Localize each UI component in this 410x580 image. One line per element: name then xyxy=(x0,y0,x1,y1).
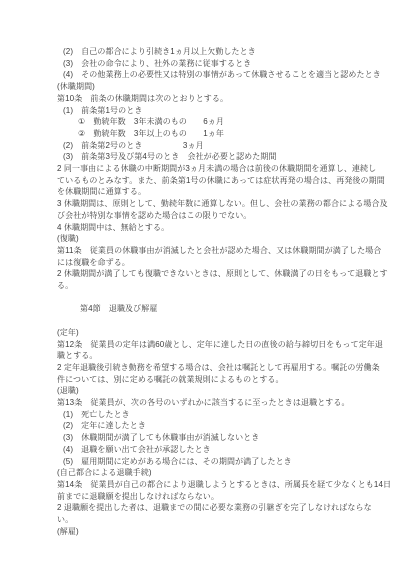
document-line: 4 休職期間中は、無給とする。 xyxy=(57,222,387,234)
document-body: (2) 自己の都合により引続き1ヵ月以上欠勤したとき(3) 会社の命令により、社… xyxy=(57,46,387,538)
document-line: 2 退職願を提出した者は、退職までの間に必要な業務の引継ぎを完了しなければならな xyxy=(57,502,387,514)
document-line: 第14条 従業員が自己の都合により退職しようとするときは、所属長を経て少なくとも… xyxy=(57,479,387,491)
document-line: (自己都合による退職手続) xyxy=(57,467,387,479)
document-line: には復職を命ずる。 xyxy=(57,257,387,269)
document-line: 職とする。 xyxy=(57,350,387,362)
blank-line xyxy=(57,315,387,327)
document-page: (2) 自己の都合により引続き1ヵ月以上欠勤したとき(3) 会社の命令により、社… xyxy=(0,0,410,580)
document-line: (5) 雇用期間に定めがある場合には、その期間が満了したとき xyxy=(57,456,387,468)
document-line: 2 定年退職後引続き勤務を希望する場合は、会社は嘱託として再雇用する。嘱託の労働… xyxy=(57,362,387,374)
document-line: (2) 自己の都合により引続き1ヵ月以上欠勤したとき xyxy=(57,46,387,58)
document-line: (復職) xyxy=(57,233,387,245)
document-line: る。 xyxy=(57,280,387,292)
document-line: 第13条 従業員が、次の各号のいずれかに該当するに至ったときは退職とする。 xyxy=(57,397,387,409)
document-line: 第11条 従業員の休職事由が消滅したと会社が認めた場合、又は休職期間が満了した場… xyxy=(57,245,387,257)
document-line: (4) 退職を願い出て会社が承認したとき xyxy=(57,444,387,456)
document-line: (定年) xyxy=(57,327,387,339)
document-line: い。 xyxy=(57,514,387,526)
document-line: ② 勤続年数 3年以上のもの 1ヵ年 xyxy=(57,128,387,140)
document-line: (2) 前条第2号のとき 3ヵ月 xyxy=(57,140,387,152)
document-line: 第10条 前条の休職期間は次のとおりとする。 xyxy=(57,93,387,105)
document-line: 件については、別に定める嘱託の就業規則によるものとする。 xyxy=(57,374,387,386)
document-line: 2 休職期間が満了しても復職できないときは、原則として、休職満了の日をもって退職… xyxy=(57,268,387,280)
document-line: (2) 定年に達したとき xyxy=(57,420,387,432)
document-line: を休職期間に通算する。 xyxy=(57,186,387,198)
document-line: (退職) xyxy=(57,385,387,397)
document-line: (3) 前条第3号及び第4号のとき 会社が必要と認めた期間 xyxy=(57,151,387,163)
document-line: 2 同一事由による休職の中断期間が3ヵ月未満の場合は前後の休職期間を通算し、連続… xyxy=(57,163,387,175)
document-line: (3) 休職期間が満了しても休職事由が消滅しないとき xyxy=(57,432,387,444)
document-line: 第12条 従業員の定年は満60歳とし、定年に達した日の直後の給与締切日をもって定… xyxy=(57,339,387,351)
document-line: (3) 会社の命令により、社外の業務に従事するとき xyxy=(57,58,387,70)
blank-line xyxy=(57,292,387,304)
document-line: ① 勤続年数 3年未満のもの 6ヵ月 xyxy=(57,116,387,128)
document-line: ているものとみなす。また、前条第1号の休職にあっては症状再発の場合は、再発後の期… xyxy=(57,175,387,187)
document-line: (4) その他業務上の必要性又は特別の事情があって休職させることを適当と認めたと… xyxy=(57,69,387,81)
document-line: (解雇) xyxy=(57,526,387,538)
document-line: (1) 前条第1号のとき xyxy=(57,105,387,117)
document-line: び会社が特別な事情を認めた場合はこの限りでない。 xyxy=(57,210,387,222)
section-heading: 第4節 退職及び解雇 xyxy=(57,303,387,315)
document-line: (1) 死亡したとき xyxy=(57,409,387,421)
document-line: 前までに退職願を提出しなければならない。 xyxy=(57,491,387,503)
document-line: 3 休職期間は、原則として、勤続年数に通算しない。但し、会社の業務の都合による場… xyxy=(57,198,387,210)
document-line: (休職期間) xyxy=(57,81,387,93)
